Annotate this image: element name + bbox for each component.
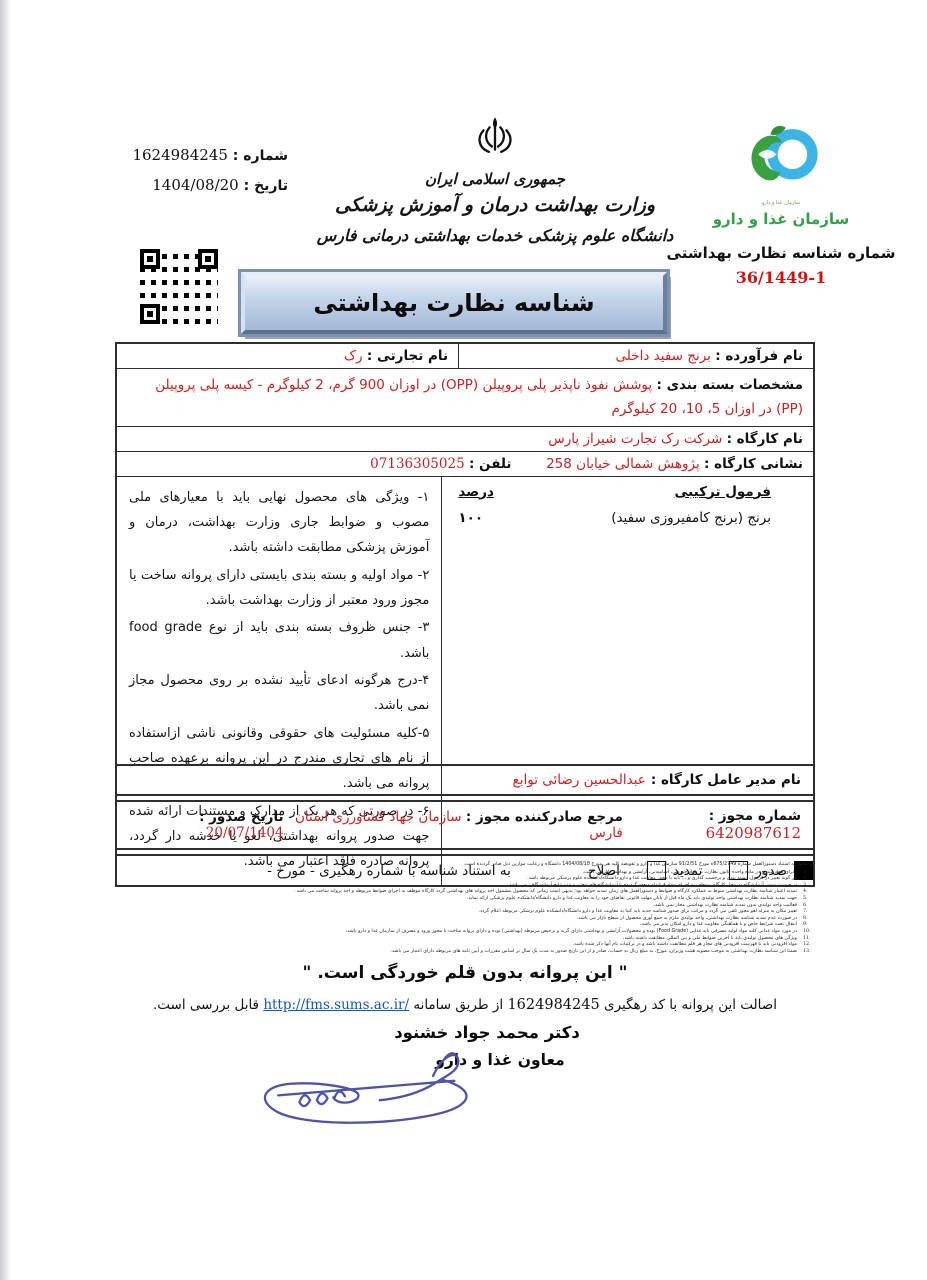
formula-header: فرمول ترکیبی <box>675 484 771 500</box>
fine-print-item: 7.تغییر مکان به منزله لغو مجوز تلقی می گ… <box>115 909 815 916</box>
doc-date-label: تاریخ : <box>244 178 288 194</box>
title-banner: شناسه نظارت بهداشتی <box>241 272 667 334</box>
address-label: نشانی کارگاه : <box>704 456 803 472</box>
doc-date-value: 1404/08/20 <box>152 176 238 194</box>
phone-label: تلفن : <box>469 456 512 472</box>
fda-org-name: سازمان غذا و دارو <box>652 210 910 228</box>
fine-print-item: 9.انتقال تحت شرایط خاص و با هماهنگی معاو… <box>115 922 815 929</box>
address-cell: نشانی کارگاه : پژوهش شمالی خیابان 258 تل… <box>117 452 813 476</box>
table-row-product: نام فرآورده : برنج سفید داخلی نام تجارتی… <box>117 344 813 369</box>
condition-item: ۳- جنس ظروف بسته بندی باید از نوع food g… <box>129 615 429 666</box>
permit-no-label: شماره مجوز : <box>709 808 801 824</box>
qr-finder-icon <box>140 304 160 324</box>
product-label: نام فرآورده : <box>715 348 803 364</box>
fda-logo-icon <box>737 122 825 200</box>
condition-item: ۱- ویژگی های محصول نهایی باید با معیارها… <box>129 485 429 561</box>
phone-value: 07136305025 <box>370 456 464 472</box>
iran-emblem-icon <box>472 108 518 162</box>
fine-print-item: 13.ضمنا این شناسه نظارت بهداشتی به موجب … <box>115 949 815 956</box>
doc-number-value: 1624984245 <box>132 146 227 164</box>
trade-name-cell: نام تجارتی : رک <box>117 344 458 368</box>
product-value: برنج سفید داخلی <box>616 348 711 364</box>
verification-url-link[interactable]: http://fms.sums.ac.ir/ <box>263 997 409 1013</box>
trade-value: رک <box>344 348 363 364</box>
fda-logo-caption: سازمان غذا و دارو <box>652 200 910 206</box>
fine-print-item: 2.هر گونه تغییر در فرمول، بسته بندی و بر… <box>115 876 815 883</box>
page-title: شناسه نظارت بهداشتی <box>313 289 594 317</box>
table-row-workshop: نام کارگاه : شرکت رک تجارت شیراز پارس <box>117 427 813 452</box>
percent-header: درصد <box>458 484 494 500</box>
table-row-packaging: مشخصات بسته بندی : پوشش نفوذ ناپذیر پلی … <box>117 369 813 427</box>
signer-name: دکتر محمد جواد خشنود <box>137 1023 837 1042</box>
fine-print-intro: این مجوز به استناد دستورالعمل شماره 675/… <box>115 862 815 869</box>
manager-row: نام مدیر عامل کارگاه : عبدالحسین رضائی ت… <box>115 764 815 796</box>
verify-prefix: اصالت این پروانه با کد رهگیری <box>604 997 777 1013</box>
verify-suffix: قابل بررسی است. <box>153 997 259 1013</box>
condition-item: ۲- مواد اولیه و بسته بندی بایستی دارای پ… <box>129 563 429 614</box>
product-cell: نام فرآورده : برنج سفید داخلی <box>458 344 813 368</box>
issue-date-value: 20/07/1404 <box>206 825 284 841</box>
workshop-label: نام کارگاه : <box>727 431 803 447</box>
permit-no-value: 6420987612 <box>706 824 801 842</box>
fine-print-item: 4.تمدید اعتبار شناسه نظارت بهداشتی منوط … <box>115 889 815 896</box>
issue-date-label: تاریخ صدور : <box>199 809 284 825</box>
verify-middle: از طریق سامانه <box>413 997 503 1013</box>
ministry-header: جمهوری اسلامی ایران وزارت بهداشت درمان و… <box>315 108 675 245</box>
workshop-cell: نام کارگاه : شرکت رک تجارت شیراز پارس <box>117 427 813 451</box>
formula-item-row: برنج (برنج کامفیروزی سفید) ۱۰۰ <box>458 510 771 526</box>
permit-issuer-label: مرجع صادرکننده مجوز : <box>466 809 623 825</box>
document-page: شماره : 1624984245 تاریخ : 1404/08/20 جم… <box>0 0 927 1280</box>
condition-item: ۴-درج هرگونه ادعای تأیید نشده بر روی محص… <box>129 668 429 719</box>
qr-finder-icon <box>198 249 218 269</box>
footer-section: این مجوز به استناد دستورالعمل شماره 675/… <box>115 862 815 1193</box>
manager-label: نام مدیر عامل کارگاه : <box>651 772 801 788</box>
fda-header: سازمان غذا و دارو سازمان غذا و دارو شمار… <box>652 122 910 287</box>
workshop-value: شرکت رک تجارت شیراز پارس <box>548 431 722 447</box>
permit-number-group: شماره مجوز : 6420987612 <box>623 808 801 842</box>
tracking-code: 1624984245 <box>507 997 599 1013</box>
address-value: پژوهش شمالی خیابان 258 <box>546 456 700 472</box>
qr-code <box>140 249 218 324</box>
no-erasure-statement: " این پروانه بدون قلم خوردگی است. " <box>115 963 815 983</box>
permit-issuer-group: مرجع صادرکننده مجوز : سازمان جهاد کشاورز… <box>284 809 623 841</box>
signature-block: دکتر محمد جواد خشنود معاون غذا و دارو <box>115 1023 815 1193</box>
fine-print-item: 5.جهت تمدید شناسه نظارت بهداشتی واحد تول… <box>115 896 815 903</box>
formula-item: برنج (برنج کامفیروزی سفید) <box>611 510 771 526</box>
scan-edge <box>0 0 11 1280</box>
formula-header-row: فرمول ترکیبی درصد <box>458 484 771 500</box>
qr-finder-icon <box>140 249 160 269</box>
trade-label: نام تجارتی : <box>367 348 448 364</box>
doc-date-row: تاریخ : 1404/08/20 <box>118 176 288 194</box>
packaging-cell: مشخصات بسته بندی : پوشش نفوذ ناپذیر پلی … <box>117 369 813 426</box>
university-name: دانشگاه علوم پزشکی خدمات بهداشتی درمانی … <box>315 226 675 245</box>
table-row-address: نشانی کارگاه : پژوهش شمالی خیابان 258 تل… <box>117 452 813 477</box>
verification-line: اصالت این پروانه با کد رهگیری 1624984245… <box>115 997 815 1013</box>
health-id-value: 36/1449-1 <box>652 268 910 287</box>
doc-number-row: شماره : 1624984245 <box>118 146 288 164</box>
fine-print-item: 10.در مورد مواد غذایی کلیه مواد اولیه مص… <box>115 929 815 936</box>
formula-percent: ۱۰۰ <box>458 510 483 526</box>
fine-print: این مجوز به استناد دستورالعمل شماره 675/… <box>115 862 815 955</box>
issue-date-group: تاریخ صدور : 20/07/1404 <box>129 809 284 841</box>
manager-value: عبدالحسین رضائی توابع <box>513 772 646 788</box>
signature-icon <box>243 1045 505 1137</box>
doc-number-label: شماره : <box>233 148 288 164</box>
permit-row: شماره مجوز : 6420987612 مرجع صادرکننده م… <box>115 800 815 850</box>
packaging-label: مشخصات بسته بندی : <box>656 377 803 393</box>
ministry-name: وزارت بهداشت درمان و آموزش پزشکی <box>315 194 675 216</box>
health-id-label: شماره شناسه نظارت بهداشتی <box>652 244 910 262</box>
doc-meta: شماره : 1624984245 تاریخ : 1404/08/20 <box>118 146 288 206</box>
fine-print-item: 12.مواد افزودنی باید با فهرست افزودنی ها… <box>115 942 815 949</box>
country-name: جمهوری اسلامی ایران <box>315 170 675 188</box>
